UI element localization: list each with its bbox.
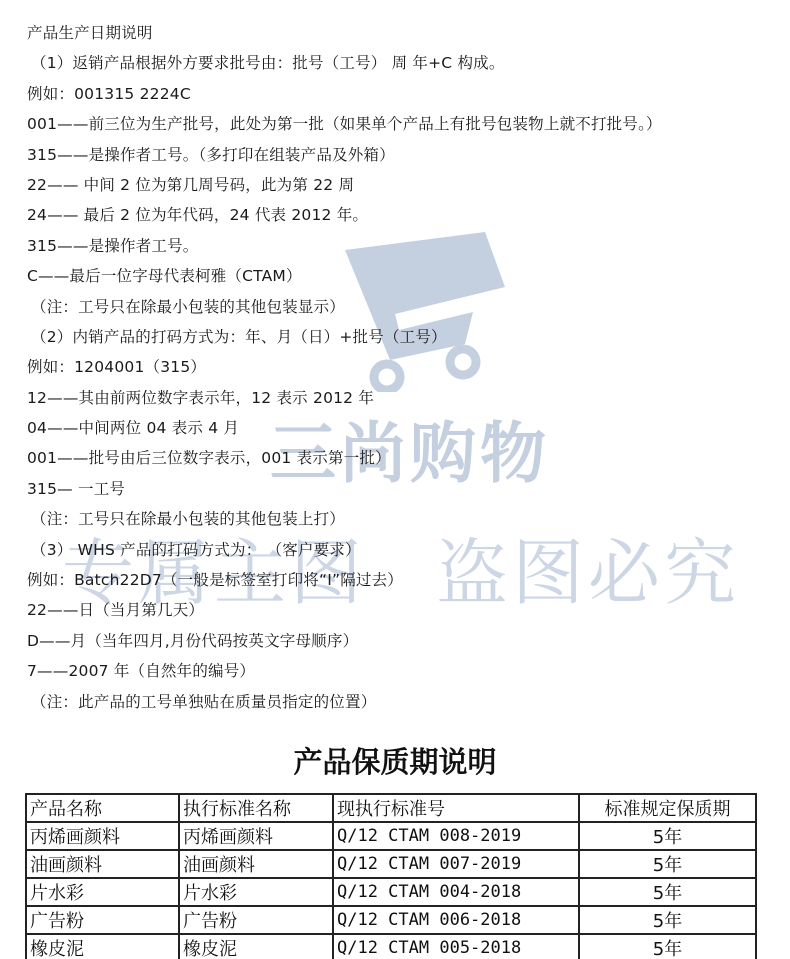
doc-line: 22——日（当月第几天） <box>27 595 662 625</box>
doc-line: 例如：001315 2224C <box>27 79 662 109</box>
product-name-cell: 丙烯画颜料 <box>26 822 179 850</box>
table-row: 广告粉 广告粉 Q/12 CTAM 006-2018 5年 <box>26 906 756 934</box>
column-header: 现执行标准号 <box>333 794 579 822</box>
product-name-cell: 广告粉 <box>26 906 179 934</box>
doc-line: 315——是操作者工号。（多打印在组装产品及外箱） <box>27 140 662 170</box>
section-3-heading: （3） WHS 产品的打码方式为： （客户要求） <box>27 535 662 565</box>
doc-line: 001——前三位为生产批号，此处为第一批（如果单个产品上有批号包装物上就不打批号… <box>27 109 662 139</box>
doc-line: 04——中间两位 04 表示 4 月 <box>27 413 662 443</box>
shelf-life-cell: 5年 <box>579 850 756 878</box>
doc-line: C——最后一位字母代表柯雅（CTAM） <box>27 261 662 291</box>
standard-name-cell: 油画颜料 <box>179 850 333 878</box>
shelf-life-table: 产品名称 执行标准名称 现执行标准号 标准规定保质期 丙烯画颜料 丙烯画颜料 Q… <box>25 793 757 959</box>
product-name-cell: 橡皮泥 <box>26 934 179 959</box>
section-2-heading: （2）内销产品的打码方式为：年、月（日）+批号（工号） <box>27 322 662 352</box>
production-date-description: 产品生产日期说明 （1）返销产品根据外方要求批号由：批号（工号） 周 年+C 构… <box>27 18 662 717</box>
doc-line: 例如：1204001（315） <box>27 352 662 382</box>
doc-line: 001——批号由后三位数字表示，001 表示第一批） <box>27 443 662 473</box>
table-row: 丙烯画颜料 丙烯画颜料 Q/12 CTAM 008-2019 5年 <box>26 822 756 850</box>
table-row: 橡皮泥 橡皮泥 Q/12 CTAM 005-2018 5年 <box>26 934 756 959</box>
doc-line: 315——是操作者工号。 <box>27 231 662 261</box>
doc-line: D——月（当年四月,月份代码按英文字母顺序） <box>27 626 662 656</box>
table-row: 油画颜料 油画颜料 Q/12 CTAM 007-2019 5年 <box>26 850 756 878</box>
standard-number-cell: Q/12 CTAM 006-2018 <box>333 906 579 934</box>
standard-name-cell: 片水彩 <box>179 878 333 906</box>
standard-number-cell: Q/12 CTAM 005-2018 <box>333 934 579 959</box>
shelf-life-cell: 5年 <box>579 906 756 934</box>
shelf-life-cell: 5年 <box>579 878 756 906</box>
shelf-life-cell: 5年 <box>579 934 756 959</box>
doc-line: 24—— 最后 2 位为年代码，24 代表 2012 年。 <box>27 200 662 230</box>
column-header: 标准规定保质期 <box>579 794 756 822</box>
standard-number-cell: Q/12 CTAM 007-2019 <box>333 850 579 878</box>
section-1-heading: （1）返销产品根据外方要求批号由：批号（工号） 周 年+C 构成。 <box>27 48 662 78</box>
table-header-row: 产品名称 执行标准名称 现执行标准号 标准规定保质期 <box>26 794 756 822</box>
product-name-cell: 油画颜料 <box>26 850 179 878</box>
doc-note: （注：工号只在除最小包装的其他包装显示） <box>27 292 662 322</box>
shelf-life-cell: 5年 <box>579 822 756 850</box>
doc-line: 315— 一工号 <box>27 474 662 504</box>
doc-note: （注：此产品的工号单独贴在质量员指定的位置） <box>27 687 662 717</box>
standard-name-cell: 丙烯画颜料 <box>179 822 333 850</box>
doc-line: 12——其由前两位数字表示年，12 表示 2012 年 <box>27 383 662 413</box>
doc-line: 22—— 中间 2 位为第几周号码，此为第 22 周 <box>27 170 662 200</box>
standard-name-cell: 广告粉 <box>179 906 333 934</box>
doc-note: （注：工号只在除最小包装的其他包装上打） <box>27 504 662 534</box>
standard-number-cell: Q/12 CTAM 008-2019 <box>333 822 579 850</box>
doc-heading: 产品生产日期说明 <box>27 18 662 48</box>
column-header: 产品名称 <box>26 794 179 822</box>
table-row: 片水彩 片水彩 Q/12 CTAM 004-2018 5年 <box>26 878 756 906</box>
standard-name-cell: 橡皮泥 <box>179 934 333 959</box>
product-name-cell: 片水彩 <box>26 878 179 906</box>
doc-line: 例如：Batch22D7（一般是标签室打印将“I”隔过去） <box>27 565 662 595</box>
standard-number-cell: Q/12 CTAM 004-2018 <box>333 878 579 906</box>
shelf-life-title: 产品保质期说明 <box>0 740 790 781</box>
column-header: 执行标准名称 <box>179 794 333 822</box>
doc-line: 7——2007 年（自然年的编号） <box>27 656 662 686</box>
